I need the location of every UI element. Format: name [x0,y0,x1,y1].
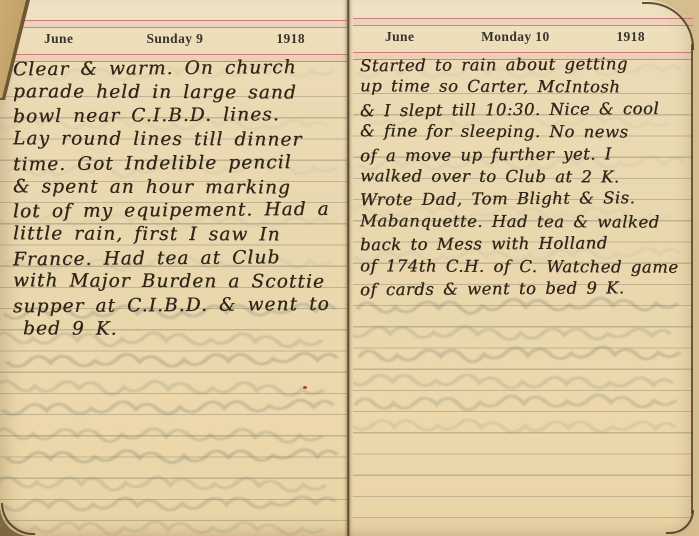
entry-line: France. Had tea at Club [13,245,347,271]
entry-line: time. Got Indelible pencil [13,151,347,177]
entry-line: bed 9 K. [23,317,347,342]
entry-line: bowl near C.I.B.D. lines. [13,103,347,129]
entry-line: of cards & went to bed 9 K. [360,277,693,302]
entry-line: walked over to Club at 2 K. [360,165,693,189]
year-label: 1918 [276,31,305,47]
entry-line: Started to rain about getting [360,53,693,78]
page-gutter [343,0,353,536]
red-ink-speck [303,386,307,389]
handwritten-entry-left: Clear & warm. On church parade held in l… [13,57,347,341]
entry-line: lot of my equipement. Had a [13,198,347,224]
page-edge-right [691,44,694,514]
entry-line: of a move up further yet. I [360,142,693,167]
diary-scan: June Sunday 9 1918 Clear & warm. On chur… [0,0,699,536]
day-label: Monday 10 [481,29,549,45]
pink-double-rule-top-left [0,20,347,28]
day-label: Sunday 9 [146,31,203,47]
diary-page-right: June Monday 10 1918 Started to rain abou… [353,0,693,536]
entry-line: of 174th C.H. of C. Watched game [360,255,693,279]
entry-line: & I slept till 10:30. Nice & cool [360,98,693,123]
printed-date-header-left: June Sunday 9 1918 [0,31,347,47]
entry-line: & spent an hour marking [13,175,347,200]
entry-line: Lay round lines till dinner [13,127,347,152]
entry-line: little rain, first I saw In [13,222,347,247]
entry-line: up time so Carter, McIntosh [360,76,693,100]
handwritten-entry-right: Started to rain about getting up time so… [360,54,693,300]
entry-line: parade held in large sand [13,80,347,105]
year-label: 1918 [616,29,645,45]
entry-line: Clear & warm. On church [13,56,347,82]
month-label: June [44,31,73,47]
entry-line: & fine for sleeping. No news [360,120,693,144]
entry-line: supper at C.I.B.D. & went to [13,293,347,319]
entry-line: Wrote Dad, Tom Blight & Sis. [360,187,693,212]
entry-line: back to Mess with Holland [360,232,693,257]
month-label: June [385,29,414,45]
entry-line: Mabanquette. Had tea & walked [360,210,693,234]
entry-line: with Major Burden a Scottie [13,270,347,295]
diary-page-left: June Sunday 9 1918 Clear & warm. On chur… [0,0,347,536]
